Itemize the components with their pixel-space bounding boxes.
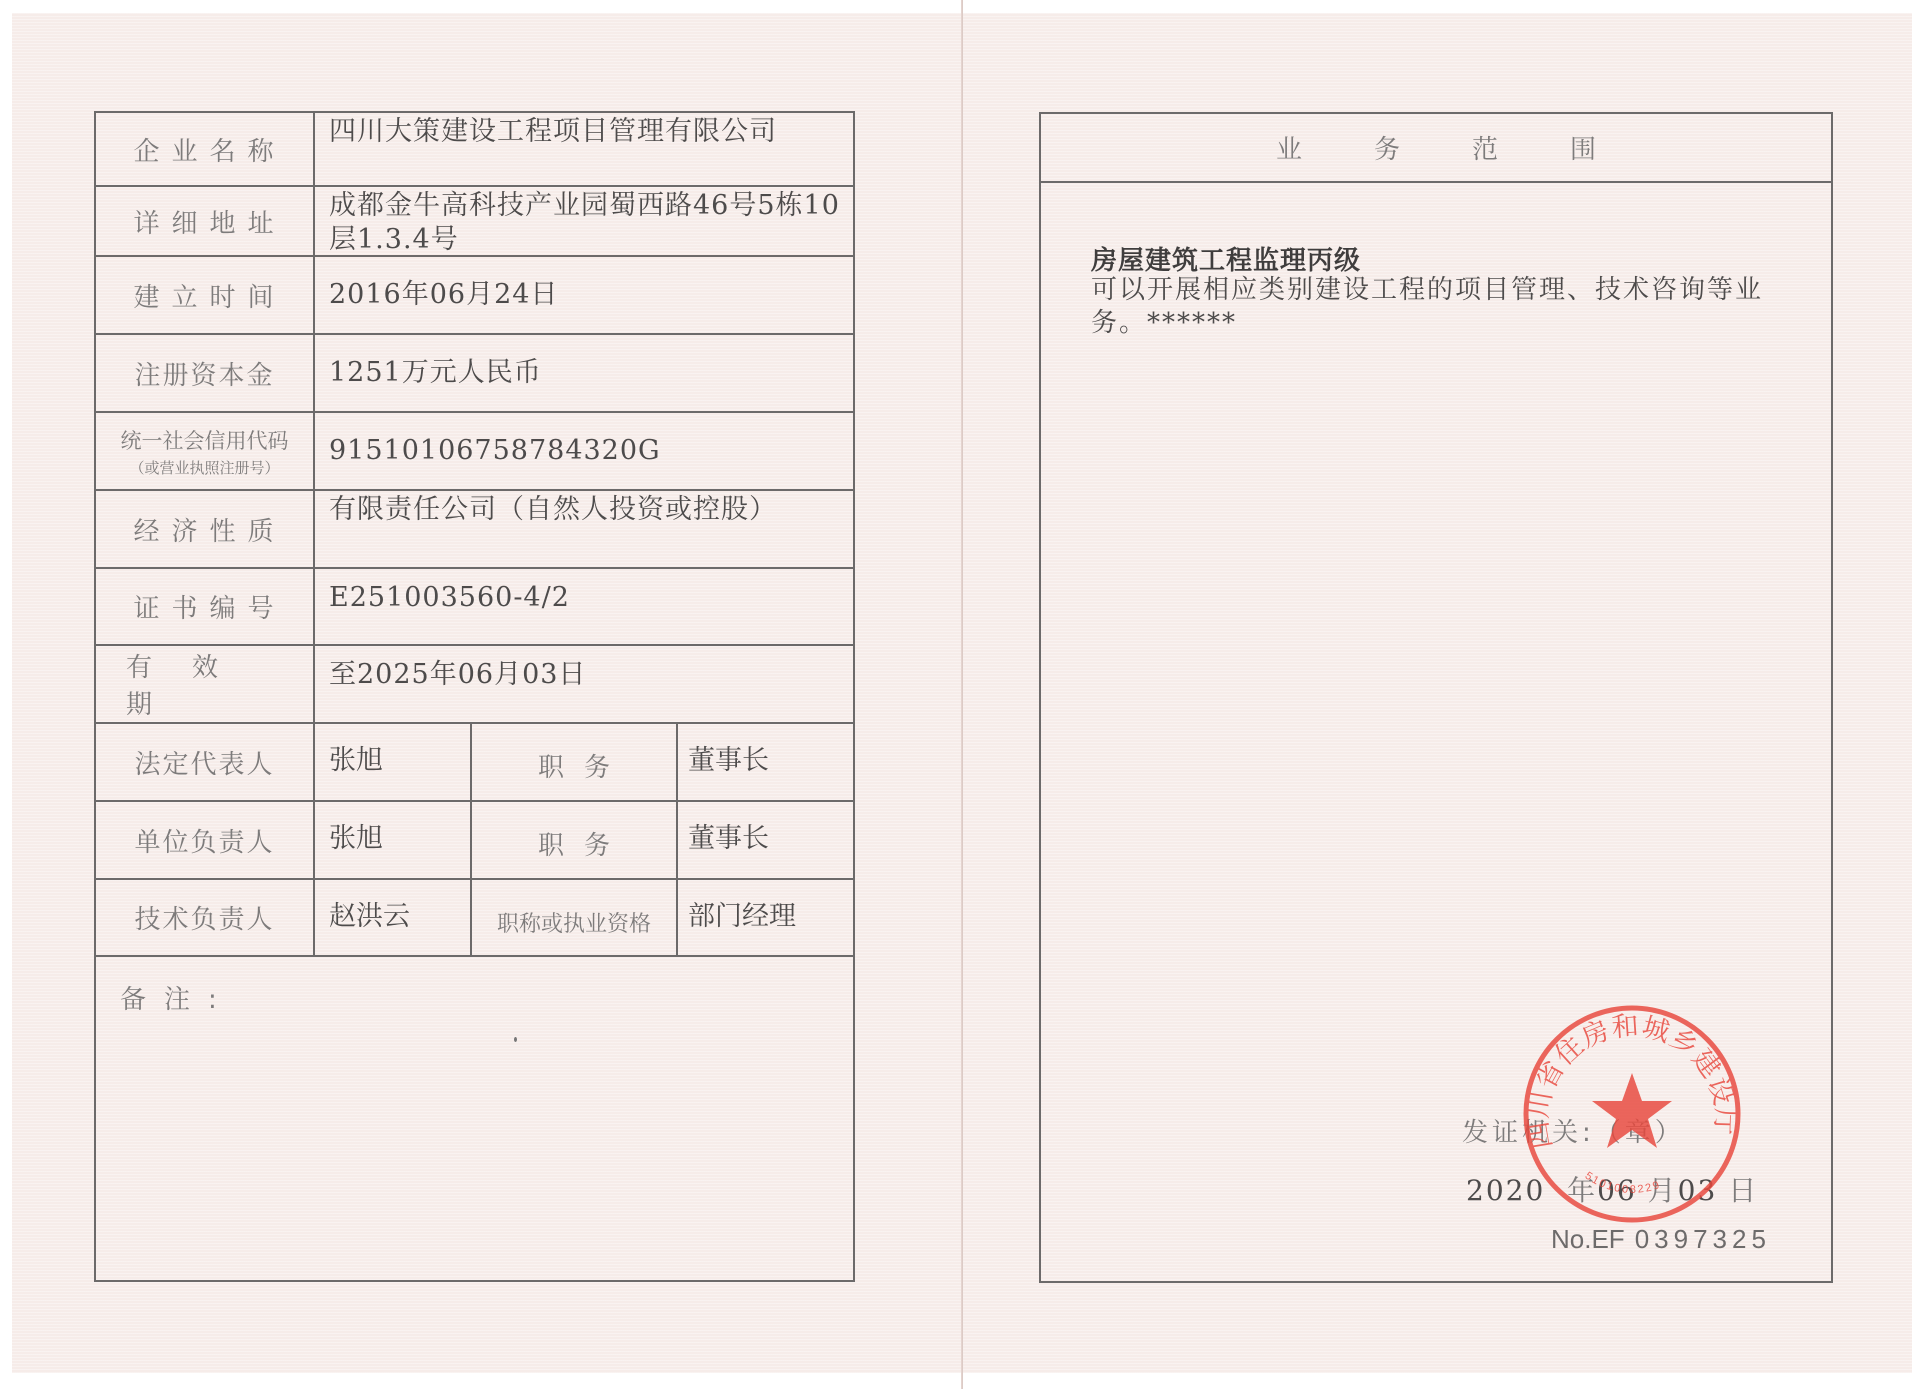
value-credit-code: 91510106758784320G (315, 413, 853, 489)
value-unit-head: 张旭 (315, 802, 472, 878)
remarks-label: 备注: (120, 979, 235, 1016)
scope-title: 房屋建筑工程监理丙级 (1091, 240, 1361, 277)
row-established: 建立时间 2016年06月24日 (96, 257, 853, 335)
issue-date: 2020 年06 月03 日 (1466, 1169, 1758, 1209)
row-registered-capital: 注册资本金 1251万元人民币 (96, 335, 853, 413)
label-legal-representative: 法定代表人 (96, 724, 315, 800)
remarks-section: 备注: (96, 957, 853, 1280)
label-registered-capital: 注册资本金 (96, 335, 315, 411)
label-technical-head: 技术负责人 (96, 880, 315, 955)
year-unit: 年 (1567, 1174, 1597, 1207)
label-validity: 有效期 (96, 646, 315, 722)
issue-year: 2020 (1466, 1174, 1545, 1207)
label-unit-head: 单位负责人 (96, 802, 315, 878)
label-credit-code-sub: （或营业执照注册号） (129, 457, 279, 478)
value-address: 成都金牛高科技产业园蜀西路46号5栋10层1.3.4号 (315, 187, 853, 255)
scope-description: 可以开展相应类别建设工程的项目管理、技术咨询等业务。****** (1091, 274, 1771, 340)
serial-number: No.EF0397325 (1551, 1224, 1771, 1255)
value-technical-head-title: 部门经理 (678, 880, 853, 955)
value-economic-nature: 有限责任公司（自然人投资或控股） (315, 491, 853, 567)
serial-prefix: No.EF (1551, 1224, 1625, 1254)
row-address: 详细地址 成都金牛高科技产业园蜀西路46号5栋10层1.3.4号 (96, 187, 853, 257)
row-certificate-number: 证书编号 E251003560-4/2 (96, 569, 853, 646)
value-technical-head: 赵洪云 (315, 880, 472, 955)
label-credit-code: 统一社会信用代码 （或营业执照注册号） (96, 413, 315, 489)
label-unit-head-title: 职务 (472, 802, 678, 878)
month-unit: 月 (1648, 1174, 1678, 1207)
row-validity: 有效期 至2025年06月03日 (96, 646, 853, 724)
label-economic-nature: 经济性质 (96, 491, 315, 567)
issue-month: 06 (1597, 1174, 1637, 1207)
page-fold (961, 0, 963, 1389)
row-unit-head: 单位负责人 张旭 职务 董事长 (96, 802, 853, 880)
business-scope-table: 业务范围 房屋建筑工程监理丙级 可以开展相应类别建设工程的项目管理、技术咨询等业… (1039, 112, 1833, 1283)
label-company-name: 企业名称 (96, 113, 315, 185)
row-economic-nature: 经济性质 有限责任公司（自然人投资或控股） (96, 491, 853, 569)
value-certificate-number: E251003560-4/2 (315, 569, 853, 644)
label-credit-code-main: 统一社会信用代码 (121, 425, 289, 455)
day-unit: 日 (1728, 1174, 1758, 1207)
label-established: 建立时间 (96, 257, 315, 333)
row-legal-representative: 法定代表人 张旭 职务 董事长 (96, 724, 853, 802)
value-validity: 至2025年06月03日 (315, 646, 853, 722)
value-legal-representative-title: 董事长 (678, 724, 853, 800)
value-legal-representative: 张旭 (315, 724, 472, 800)
value-unit-head-title: 董事长 (678, 802, 853, 878)
ink-speck (514, 1037, 517, 1042)
serial-digits: 0397325 (1635, 1224, 1771, 1254)
label-technical-head-title: 职称或执业资格 (472, 880, 678, 955)
value-company-name: 四川大策建设工程项目管理有限公司 (315, 113, 853, 185)
business-scope-header: 业务范围 (1041, 114, 1831, 183)
label-address: 详细地址 (96, 187, 315, 255)
row-credit-code: 统一社会信用代码 （或营业执照注册号） 91510106758784320G (96, 413, 853, 491)
label-legal-representative-title: 职务 (472, 724, 678, 800)
value-registered-capital: 1251万元人民币 (315, 335, 853, 411)
value-established: 2016年06月24日 (315, 257, 853, 333)
row-technical-head: 技术负责人 赵洪云 职称或执业资格 部门经理 (96, 880, 853, 957)
company-info-table: 企业名称 四川大策建设工程项目管理有限公司 详细地址 成都金牛高科技产业园蜀西路… (94, 111, 855, 1282)
label-certificate-number: 证书编号 (96, 569, 315, 644)
issue-day: 03 (1678, 1174, 1718, 1207)
issuing-authority-label: 发证机关:（章） (1462, 1112, 1685, 1149)
row-company-name: 企业名称 四川大策建设工程项目管理有限公司 (96, 113, 853, 187)
